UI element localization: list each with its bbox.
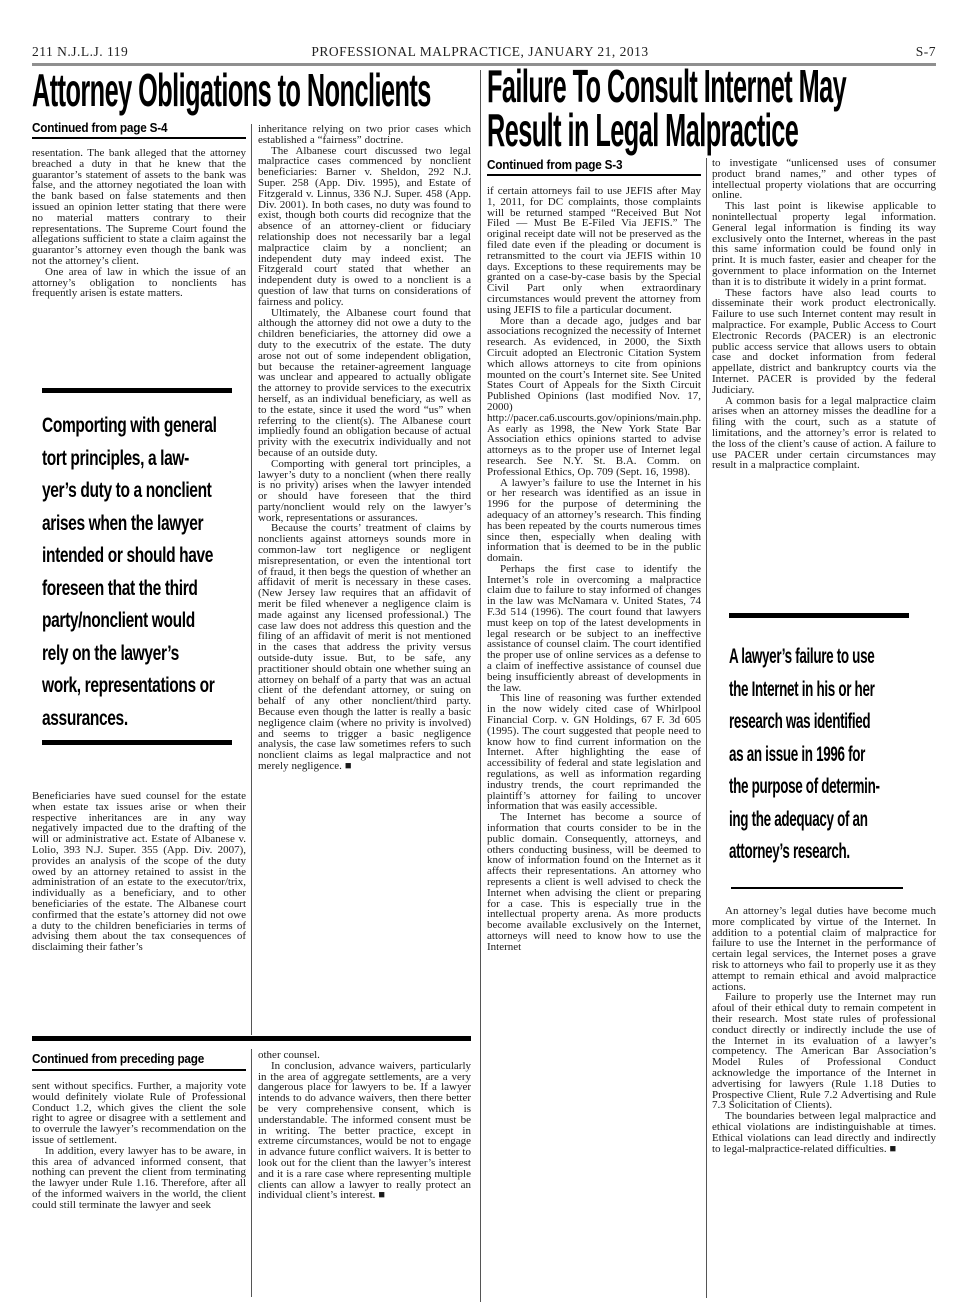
text-line: tort principles, a law-	[42, 443, 238, 476]
paragraph: One area of law in which the issue of an…	[32, 267, 246, 299]
paragraph: The Internet has become a source of info…	[487, 812, 701, 952]
pull-quote-text: A lawyer’s failure to usethe Internet in…	[729, 641, 925, 869]
text-line: yer’s duty to a nonclient	[42, 475, 238, 508]
paragraph: A lawyer’s failure to use the Internet i…	[487, 478, 701, 564]
paragraph: inheritance relying on two prior cases w…	[258, 124, 471, 146]
paragraph: Because the courts’ treatment of claims …	[258, 523, 471, 771]
left-col1-upper-text: resentation. The bank alleged that the a…	[32, 148, 246, 384]
paragraph: if certain attorneys fail to use JEFIS a…	[487, 186, 701, 316]
text-line: party/nonclient would	[42, 605, 238, 638]
pull-quote-bottom-bar	[731, 887, 903, 889]
article-divider-rule	[480, 70, 481, 1302]
left-article-headline: Attorney Obligations to Nonclients	[32, 68, 472, 120]
left-col1-lower-text: Beneficiaries have sued counsel for the …	[32, 791, 246, 1033]
text-line: as an issue in 1996 for	[729, 739, 925, 772]
paragraph: sent without specifics. Further, a major…	[32, 1081, 246, 1146]
masthead-title: PROFESSIONAL MALPRACTICE, JANUARY 21, 20…	[0, 44, 960, 60]
pull-quote-top-bar	[729, 613, 909, 618]
left-article-kicker-rule	[32, 137, 246, 139]
left-article-kicker: Continued from page S-4	[32, 121, 167, 135]
right-pull-quote: A lawyer’s failure to usethe Internet in…	[729, 613, 925, 889]
paragraph: Failure to properly use the Internet may…	[712, 992, 936, 1111]
text-line: research was identified	[729, 706, 925, 739]
newspaper-page: 211 N.J.L.J. 119 PROFESSIONAL MALPRACTIC…	[0, 0, 960, 1309]
paragraph: Perhaps the first case to identify the I…	[487, 564, 701, 694]
paragraph: resentation. The bank alleged that the a…	[32, 148, 246, 267]
right-article-kicker: Continued from page S-3	[487, 158, 622, 172]
paragraph: to investigate “unlicensed uses of consu…	[712, 158, 936, 201]
paragraph: The boundaries between legal malpractice…	[712, 1111, 936, 1154]
pull-quote-bottom-bar	[42, 740, 232, 745]
paragraph: These factors have also lead courts to d…	[712, 288, 936, 396]
masthead-page-number: S-7	[916, 44, 936, 60]
text-line: intended or should have	[42, 540, 238, 573]
text-line: Attorney Obligations to Nonclients	[32, 68, 472, 112]
right-col1-text: if certain attorneys fail to use JEFIS a…	[487, 186, 701, 1302]
paragraph: Comporting with general tort principles,…	[258, 459, 471, 524]
continuation-section-rule	[32, 1036, 471, 1041]
paragraph: Beneficiaries have sued counsel for the …	[32, 791, 246, 953]
continuation-col1-text: sent without specifics. Further, a major…	[32, 1081, 246, 1305]
left-pull-quote: Comporting with generaltort principles, …	[42, 388, 238, 745]
right-article-kicker-rule	[487, 174, 701, 176]
text-line: Comporting with general	[42, 410, 238, 443]
text-line: attorney’s research.	[729, 836, 925, 869]
continuation-col2-text: other counsel.In conclusion, advance wai…	[258, 1050, 471, 1300]
paragraph: Ultimately, the Albanese court found tha…	[258, 308, 471, 459]
text-line: A lawyer’s failure to use	[729, 641, 925, 674]
text-line: arises when the lawyer	[42, 508, 238, 541]
text-line: rely on the lawyer’s	[42, 638, 238, 671]
paragraph: This last point is likewise applicable t…	[712, 201, 936, 287]
pull-quote-text: Comporting with generaltort principles, …	[42, 410, 238, 735]
right-col2-upper-text: to investigate “unlicensed uses of consu…	[712, 158, 936, 612]
left-column-divider-rule	[251, 124, 252, 1035]
pull-quote-top-bar	[42, 388, 232, 393]
text-line: Failure To Consult Internet May	[487, 64, 937, 108]
paragraph: In addition, every lawyer has to be awar…	[32, 1146, 246, 1211]
text-line: the purpose of determin-	[729, 771, 925, 804]
paragraph: An attorney’s legal duties have become m…	[712, 906, 936, 992]
paragraph: More than a decade ago, judges and bar a…	[487, 316, 701, 478]
text-line: ing the adequacy of an	[729, 804, 925, 837]
paragraph: A common basis for a legal malpractice c…	[712, 396, 936, 472]
paragraph: In conclusion, advance waivers, particul…	[258, 1061, 471, 1201]
right-column-divider-rule	[706, 158, 707, 1298]
paragraph: The Albanese court discussed two legal m…	[258, 146, 471, 308]
text-line: the Internet in his or her	[729, 674, 925, 707]
text-line: work, representations or	[42, 670, 238, 703]
paragraph: This line of reasoning was further exten…	[487, 693, 701, 812]
continuation-label-rule	[32, 1069, 246, 1071]
text-line: Result in Legal Malpractice	[487, 108, 937, 152]
left-col2-text: inheritance relying on two prior cases w…	[258, 124, 471, 1034]
continuation-column-divider-rule	[251, 1049, 252, 1297]
right-article-headline: Failure To Consult Internet MayResult in…	[487, 64, 937, 156]
continuation-label: Continued from preceding page	[32, 1052, 204, 1066]
text-line: assurances.	[42, 703, 238, 736]
right-col2-lower-text: An attorney’s legal duties have become m…	[712, 906, 936, 1266]
text-line: foreseen that the third	[42, 573, 238, 606]
